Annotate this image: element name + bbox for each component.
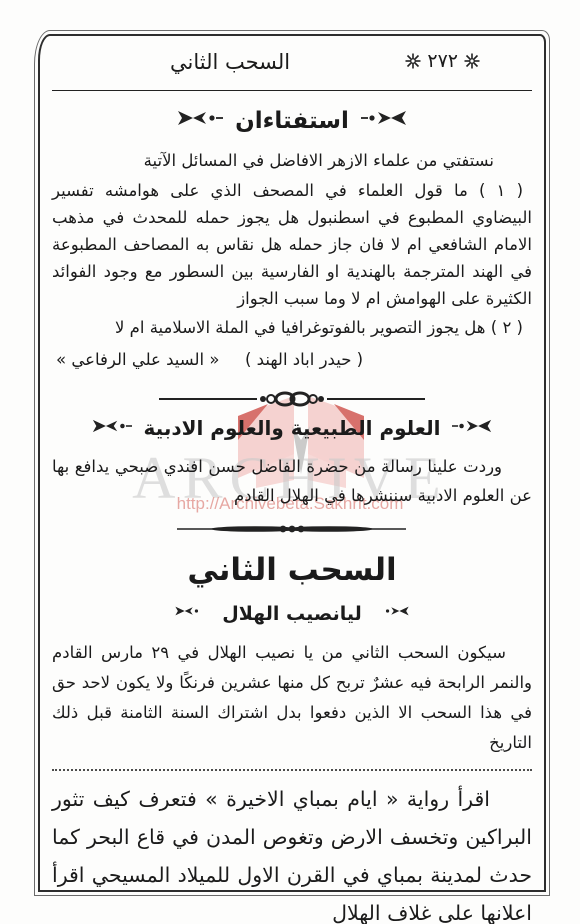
signature-row: ( حيدر اباد الهند ) « السيد علي الرفاعي … <box>52 348 532 378</box>
running-title: السحب الثاني <box>170 50 290 74</box>
floral-asterisk-icon <box>464 53 480 69</box>
scanned-magazine-page: ARCHIVE http://Archivebeta.Sakhrit.com ا… <box>0 0 580 924</box>
bowtie-flourish-icon <box>452 416 492 440</box>
sprig-flourish-icon <box>372 601 418 626</box>
page-header: السحب الثاني ٢٧٢ <box>52 42 532 91</box>
istifta-question-2: ( ٢ ) هل يجوز التصوير بالفوتوغرافيا في ا… <box>52 314 532 341</box>
taper-rule-ornament <box>177 523 407 535</box>
second-draw-subtitle-row: ليانصيب الهلال <box>52 601 532 626</box>
second-draw-body: سيكون السحب الثاني من يا نصيب الهلال في … <box>52 638 532 758</box>
istifta-title: استفتاءان <box>235 108 349 134</box>
sender-signature: « السيد علي الرفاعي » <box>56 350 219 369</box>
bowtie-flourish-icon <box>361 108 407 134</box>
sciences-section-heading: العلوم الطبيعية والعلوم الادبية <box>52 416 532 440</box>
bowtie-flourish-icon <box>177 108 223 134</box>
sciences-title: العلوم الطبيعية والعلوم الادبية <box>144 416 441 440</box>
second-draw-title: السحب الثاني <box>52 552 532 588</box>
sprig-flourish-icon <box>166 601 212 626</box>
chain-rule-ornament <box>157 391 427 407</box>
floral-asterisk-icon <box>405 53 421 69</box>
dotted-rule <box>52 769 532 771</box>
page-content: السحب الثاني ٢٧٢ استفت <box>52 42 532 884</box>
sciences-body: وردت علينا رسالة من حضرة الفاضل حسن افند… <box>52 452 532 510</box>
advert-body: اقرأ رواية « ايام بمباي الاخيرة » فتعرف … <box>52 780 532 924</box>
istifta-question-1: ( ١ ) ما قول العلماء في المصحف الذي على … <box>52 177 532 312</box>
istifta-intro: نستفتي من علماء الازهر الافاضل في المسائ… <box>52 147 528 174</box>
page-number: ٢٧٢ <box>405 50 480 72</box>
sender-location: ( حيدر اباد الهند ) <box>245 350 363 369</box>
second-draw-subtitle: ليانصيب الهلال <box>222 603 361 625</box>
page-number-value: ٢٧٢ <box>427 50 458 72</box>
istifta-section-heading: استفتاءان <box>52 108 532 134</box>
bowtie-flourish-icon <box>92 416 132 440</box>
